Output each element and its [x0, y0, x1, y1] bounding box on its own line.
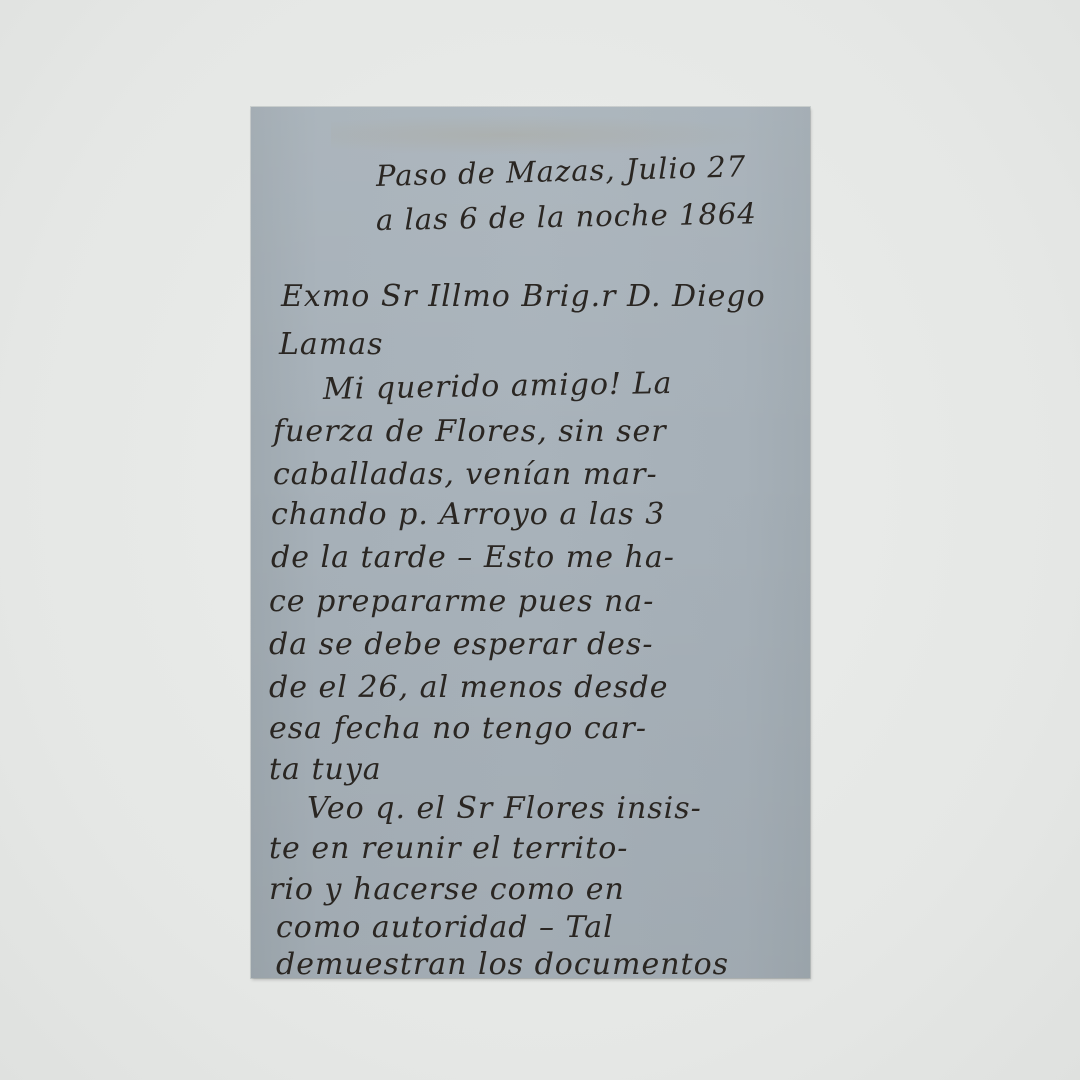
body-line: de el 26, al menos desde	[269, 670, 668, 705]
body-line: te en reunir el territo-	[269, 831, 628, 866]
dateline-place-date: Paso de Mazas, Julio 27	[376, 149, 747, 193]
body-line: caballadas, venían mar-	[273, 457, 658, 492]
body-line: chando p. Arroyo a las 3	[271, 497, 665, 532]
photo-background: Paso de Mazas, Julio 27 a las 6 de la no…	[0, 0, 1080, 1080]
body-line: fuerza de Flores, sin ser	[273, 414, 667, 449]
body-line: Veo q. el Sr Flores insis-	[307, 791, 702, 826]
salutation-address: Exmo Sr Illmo Brig.r D. Diego	[281, 279, 766, 314]
salutation-address-surname: Lamas	[279, 327, 384, 362]
body-line: ce prepararme pues na-	[269, 584, 654, 619]
body-line: da se debe esperar des-	[269, 627, 653, 662]
body-line: Mi querido amigo! La	[323, 366, 673, 407]
body-line: como autoridad – Tal	[276, 910, 614, 945]
body-line: demuestran los documentos	[276, 947, 729, 982]
letter-sheet: Paso de Mazas, Julio 27 a las 6 de la no…	[251, 107, 810, 978]
body-line: de la tarde – Esto me ha-	[271, 540, 675, 575]
body-line: rio y hacerse como en	[269, 872, 625, 907]
dateline-time-year: a las 6 de la noche 1864	[376, 196, 757, 237]
body-line: ta tuya	[269, 752, 382, 787]
body-line: esa fecha no tengo car-	[269, 711, 647, 746]
